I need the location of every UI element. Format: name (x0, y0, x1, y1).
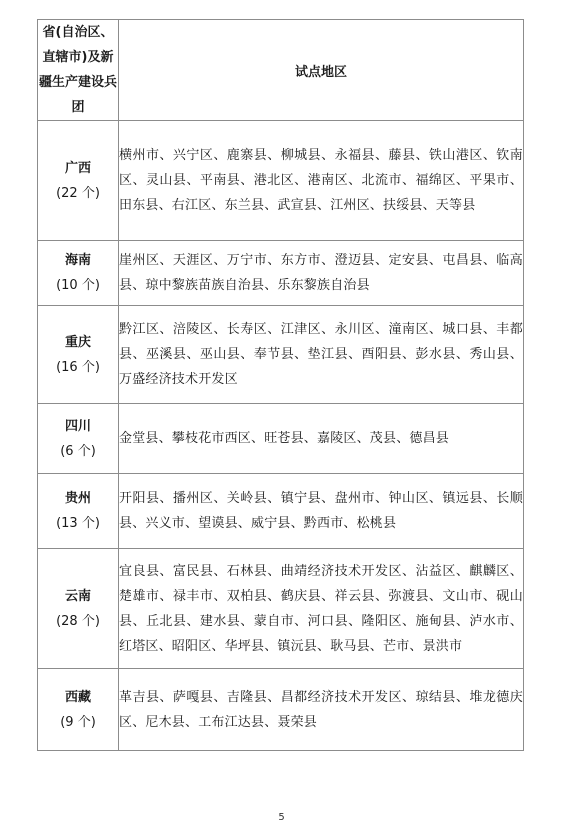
areas-cell: 开阳县、播州区、关岭县、镇宁县、盘州市、钟山区、镇远县、长顺县、兴义市、望谟县、… (119, 474, 524, 549)
province-count: (28 个) (38, 609, 118, 634)
province-cell: 广西 (22 个) (38, 121, 119, 241)
province-name: 海南 (38, 248, 118, 273)
table-row: 贵州 (13 个) 开阳县、播州区、关岭县、镇宁县、盘州市、钟山区、镇远县、长顺… (38, 474, 524, 549)
table-row: 云南 (28 个) 宜良县、富民县、石林县、曲靖经济技术开发区、沾益区、麒麟区、… (38, 549, 524, 669)
province-name: 广西 (38, 156, 118, 181)
table-row: 四川 (6 个) 金堂县、攀枝花市西区、旺苍县、嘉陵区、茂县、德昌县 (38, 404, 524, 474)
province-count: (22 个) (38, 181, 118, 206)
province-name: 四川 (38, 414, 118, 439)
province-name: 贵州 (38, 486, 118, 511)
table-row: 重庆 (16 个) 黔江区、涪陵区、长寿区、江津区、永川区、潼南区、城口县、丰都… (38, 306, 524, 404)
areas-cell: 金堂县、攀枝花市西区、旺苍县、嘉陵区、茂县、德昌县 (119, 404, 524, 474)
areas-cell: 崖州区、天涯区、万宁市、东方市、澄迈县、定安县、屯昌县、临高县、琼中黎族苗族自治… (119, 241, 524, 306)
province-count: (10 个) (38, 273, 118, 298)
table-header-row: 省(自治区、直辖市)及新疆生产建设兵团 试点地区 (38, 20, 524, 121)
areas-cell: 宜良县、富民县、石林县、曲靖经济技术开发区、沾益区、麒麟区、楚雄市、禄丰市、双柏… (119, 549, 524, 669)
province-cell: 西藏 (9 个) (38, 669, 119, 751)
province-count: (6 个) (38, 439, 118, 464)
pilot-areas-table: 省(自治区、直辖市)及新疆生产建设兵团 试点地区 广西 (22 个) 横州市、兴… (37, 19, 524, 751)
province-count: (13 个) (38, 511, 118, 536)
table-row: 海南 (10 个) 崖州区、天涯区、万宁市、东方市、澄迈县、定安县、屯昌县、临高… (38, 241, 524, 306)
header-province: 省(自治区、直辖市)及新疆生产建设兵团 (38, 20, 119, 121)
province-name: 云南 (38, 584, 118, 609)
areas-cell: 横州市、兴宁区、鹿寨县、柳城县、永福县、藤县、铁山港区、钦南区、灵山县、平南县、… (119, 121, 524, 241)
page-number: 5 (0, 812, 563, 823)
province-cell: 海南 (10 个) (38, 241, 119, 306)
areas-cell: 黔江区、涪陵区、长寿区、江津区、永川区、潼南区、城口县、丰都县、巫溪县、巫山县、… (119, 306, 524, 404)
province-name: 重庆 (38, 330, 118, 355)
province-cell: 云南 (28 个) (38, 549, 119, 669)
province-cell: 贵州 (13 个) (38, 474, 119, 549)
province-name: 西藏 (38, 685, 118, 710)
province-count: (9 个) (38, 710, 118, 735)
table-row: 广西 (22 个) 横州市、兴宁区、鹿寨县、柳城县、永福县、藤县、铁山港区、钦南… (38, 121, 524, 241)
areas-cell: 革吉县、萨嘎县、吉隆县、昌都经济技术开发区、琼结县、堆龙德庆区、尼木县、工布江达… (119, 669, 524, 751)
province-cell: 四川 (6 个) (38, 404, 119, 474)
province-count: (16 个) (38, 355, 118, 380)
province-cell: 重庆 (16 个) (38, 306, 119, 404)
header-pilot-areas: 试点地区 (119, 20, 524, 121)
table-row: 西藏 (9 个) 革吉县、萨嘎县、吉隆县、昌都经济技术开发区、琼结县、堆龙德庆区… (38, 669, 524, 751)
